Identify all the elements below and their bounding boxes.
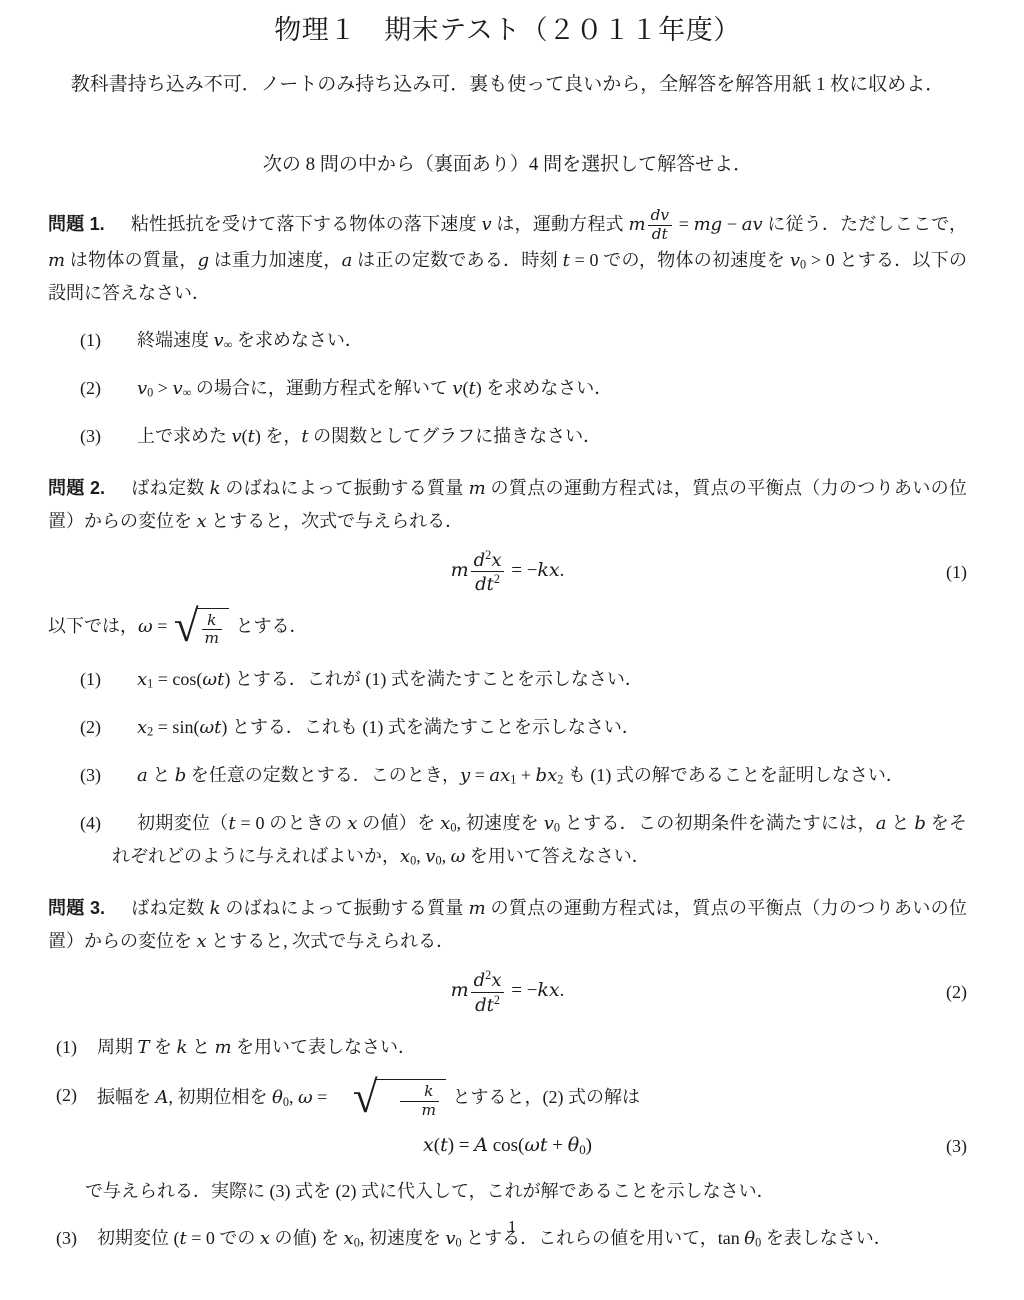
text-run: ) を求めなさい． [476, 378, 613, 398]
math-variable: x [400, 846, 410, 867]
item-text: 上で求めた v(t) を，t の関数としてグラフに描きなさい． [112, 420, 967, 453]
item-number: (2) [80, 372, 101, 404]
math-variable: ω [451, 846, 466, 867]
text-run: = 0 のときの [236, 813, 348, 833]
display-equation-1: md2xdt2 = −kx. (1) [48, 548, 967, 596]
math-variable: T [138, 1037, 150, 1058]
text-run: で与えられる．実際に (3) 式を (2) 式に代入して，これが解であることを示… [85, 1181, 775, 1201]
math-variable: m [469, 898, 486, 919]
text-run: = 0 での，物体の初速度を [570, 250, 790, 270]
text-run: とすると, 次式で与えられる． [207, 931, 455, 951]
math-variable: t [440, 1134, 448, 1156]
math-variable: x [440, 813, 450, 834]
item-number: (3) [80, 420, 101, 452]
item-number: (1) [80, 663, 101, 695]
math-variable: t [563, 250, 570, 271]
text-run: 初期変位（ [137, 813, 228, 833]
page-number: 1 [0, 1212, 1024, 1242]
fraction-numerator: k [400, 1083, 440, 1101]
item-number: (2) [56, 1079, 77, 1111]
radical-icon: √ [334, 1079, 378, 1115]
text-run: とする． [231, 616, 308, 636]
selection-instruction: 次の 8 問の中から（裏面あり）4 問を選択して解答せよ． [48, 148, 967, 182]
math-variable: k [424, 1082, 433, 1100]
math-variable: m [422, 1101, 437, 1119]
math-fraction: km [202, 612, 223, 648]
math-variable: x [137, 669, 147, 690]
text-run: とすると，次式で与えられる． [207, 511, 464, 531]
text-run: と [187, 1037, 214, 1057]
math-variable: dt [475, 994, 494, 1015]
superscript: 2 [494, 572, 500, 586]
text-run: = [674, 214, 694, 234]
problem-2-item-2: (2) x2 = sin(ωt) とする．これも (1) 式を満たすことを示しな… [48, 711, 967, 744]
math-fraction: d2xdt2 [471, 968, 505, 1016]
superscript: 2 [494, 993, 500, 1007]
math-variable: θ [272, 1087, 283, 1108]
text-run: ) とする．これも (1) 式を満たすことを示しなさい． [221, 717, 639, 737]
math-variable: v [452, 378, 462, 399]
text-run: とすると，(2) 式の解は [448, 1087, 640, 1107]
math-variable: m [214, 1037, 231, 1058]
radicand: km [196, 608, 230, 648]
fraction-denominator: dt [648, 225, 672, 244]
math-square-root: √km [334, 1079, 446, 1119]
problem-3-item-2-continuation: で与えられる．実際に (3) 式を (2) 式に代入して，これが解であることを示… [85, 1175, 967, 1207]
text-run: , [416, 846, 425, 866]
text-run: の関数としてグラフに描きなさい． [309, 426, 602, 446]
math-variable: b [914, 813, 926, 834]
text-run: を任意の定数とする．このとき， [186, 765, 460, 785]
item-text: 周期 T を k と m を用いて表しなさい． [78, 1031, 967, 1064]
text-run: . [560, 980, 565, 1001]
math-variable: m [451, 979, 469, 1001]
math-variable: x [347, 813, 357, 834]
text-run: ) [586, 1135, 592, 1156]
math-variable: ωt [199, 717, 221, 738]
fraction-numerator: d2x [471, 548, 505, 572]
math-variable: x [491, 970, 501, 991]
math-variable: m [628, 214, 645, 235]
item-number: (3) [80, 759, 101, 791]
math-variable: a [137, 765, 148, 786]
text-run: > [153, 378, 172, 398]
text-run: 振幅を [97, 1087, 156, 1107]
item-text: 終端速度 v∞ を求めなさい． [112, 324, 967, 357]
text-run: = [153, 616, 172, 636]
text-run: cos( [488, 1135, 524, 1156]
problem-1-intro-text: 粘性抵抗を受けて落下する物体の落下速度 v は，運動方程式 mdvdt = mg… [48, 214, 967, 303]
math-variable: v [544, 813, 554, 834]
text-run: ) を， [255, 426, 302, 446]
text-run: ) とする．これが (1) 式を満たすことを示しなさい． [224, 669, 642, 689]
math-variable: dv [651, 206, 669, 224]
math-variable: v [137, 378, 147, 399]
math-variable: ωt [202, 669, 224, 690]
text-run: = [470, 765, 489, 785]
equation-tag: (1) [946, 556, 967, 588]
text-run: + [548, 1135, 568, 1156]
math-variable: v [172, 378, 182, 399]
math-variable: m [451, 559, 469, 581]
fraction-denominator: dt2 [471, 992, 505, 1017]
text-run: 以下では， [48, 616, 138, 636]
text-run: = cos( [153, 669, 202, 689]
equation-body: md2xdt2 = −kx. [451, 560, 565, 581]
text-run: ばね定数 [131, 898, 210, 918]
item-number: (4) [80, 807, 101, 839]
equation-body: x(t) = A cos(ωt + θ0) [423, 1135, 592, 1156]
text-run: , [442, 846, 451, 866]
text-run: 上で求めた [137, 426, 232, 446]
equation-tag: (3) [946, 1130, 967, 1162]
item-number: (2) [80, 711, 101, 743]
text-run: ) = [448, 1135, 475, 1156]
text-run: を [150, 1037, 177, 1057]
math-variable: m [469, 478, 486, 499]
fraction-numerator: k [202, 612, 223, 630]
math-variable: d [474, 970, 486, 991]
math-variable: k [210, 478, 221, 499]
text-run: と [148, 765, 175, 785]
text-run: + [516, 765, 535, 785]
math-variable: v [790, 250, 800, 271]
item-number: (1) [80, 324, 101, 356]
text-run: は，運動方程式 [492, 214, 629, 234]
math-variable: dt [652, 225, 668, 243]
exam-document-page: 物理１ 期末テスト（２０１１年度） 教科書持ち込み不可．ノートのみ持ち込み可．裏… [0, 0, 1024, 1300]
text-run: のばねによって振動する質量 [221, 478, 469, 498]
fraction-numerator: dv [648, 207, 672, 225]
math-fraction: d2xdt2 [471, 548, 505, 596]
problem-3-section: 問題 3.ばね定数 k のばねによって振動する質量 m の質点の運動方程式は，質… [48, 892, 967, 1255]
math-square-root: √km [174, 608, 229, 648]
math-variable: bx [536, 765, 558, 786]
math-variable: k [207, 611, 216, 629]
math-variable: y [460, 765, 470, 786]
item-number: (1) [56, 1031, 77, 1063]
problem-2-item-4: (4) 初期変位（t = 0 のときの x の値）を x0, 初速度を v0 と… [48, 807, 967, 873]
math-variable: x [137, 717, 147, 738]
text-run: に従う．ただしここで， [763, 214, 967, 234]
text-run: − [722, 214, 742, 234]
math-variable: kx [537, 979, 559, 1001]
math-variable: x [197, 931, 207, 952]
radicand: km [375, 1079, 447, 1119]
text-run: を用いて表しなさい． [232, 1037, 417, 1057]
text-run: ばね定数 [131, 478, 210, 498]
text-run: を求めなさい． [232, 330, 363, 350]
problem-1-item-2: (2) v0 > v∞ の場合に，運動方程式を解いて v(t) を求めなさい． [48, 372, 967, 405]
math-variable: v [425, 846, 435, 867]
math-variable: av [742, 214, 763, 235]
problem-1-item-1: (1) 終端速度 v∞ を求めなさい． [48, 324, 967, 357]
math-variable: θ [568, 1134, 579, 1156]
math-variable: t [228, 813, 235, 834]
text-run: 粘性抵抗を受けて落下する物体の落下速度 [131, 214, 482, 234]
display-equation-3: x(t) = A cos(ωt + θ0) (3) [48, 1129, 967, 1163]
math-variable: g [198, 250, 210, 271]
text-run: を用いて答えなさい． [465, 846, 650, 866]
text-run: . [560, 560, 565, 581]
item-text: 振幅を A, 初期位相を θ0, ω = √km とすると，(2) 式の解は [78, 1079, 967, 1119]
text-run: の値）を [357, 813, 440, 833]
display-equation-2: md2xdt2 = −kx. (2) [48, 968, 967, 1016]
problem-2-item-3: (3) a と b を任意の定数とする．このとき，y = ax1 + bx2 も… [48, 759, 967, 792]
text-run: , 初期位相を [169, 1087, 273, 1107]
math-variable: d [474, 550, 486, 571]
text-run: のばねによって振動する質量 [221, 898, 469, 918]
text-run: とする．この初期条件を満たすには， [560, 813, 876, 833]
math-variable: m [205, 629, 220, 647]
fraction-denominator: dt2 [471, 571, 505, 596]
fraction-denominator: m [202, 629, 223, 648]
math-variable: ωt [524, 1134, 547, 1156]
text-run: = sin( [153, 717, 199, 737]
problem-1-item-3: (3) 上で求めた v(t) を，t の関数としてグラフに描きなさい． [48, 420, 967, 453]
text-run: = [313, 1087, 332, 1107]
text-run: = − [506, 560, 537, 581]
problem-2-section: 問題 2.ばね定数 k のばねによって振動する質量 m の質点の運動方程式は，質… [48, 472, 967, 873]
problem-3-intro: 問題 3.ばね定数 k のばねによって振動する質量 m の質点の運動方程式は，質… [48, 892, 967, 958]
math-variable: k [177, 1037, 188, 1058]
text-run: も (1) 式の解であることを証明しなさい． [563, 765, 904, 785]
text-run: , 初速度を [456, 813, 543, 833]
math-variable: ax [489, 765, 510, 786]
math-variable: x [491, 550, 501, 571]
text-run: は重力加速度， [209, 250, 342, 270]
math-variable: dt [475, 574, 494, 595]
math-variable: x [197, 511, 207, 532]
math-variable: k [210, 898, 221, 919]
item-text: 初期変位（t = 0 のときの x の値）を x0, 初速度を v0 とする．こ… [112, 807, 967, 873]
equation-body: md2xdt2 = −kx. [451, 980, 565, 1001]
problem-1-section: 問題 1.粘性抵抗を受けて落下する物体の落下速度 v は，運動方程式 mdvdt… [48, 207, 967, 452]
math-variable: v [481, 214, 491, 235]
problem-3-label: 問題 3. [48, 898, 105, 918]
text-run: は正の定数である．時刻 [352, 250, 562, 270]
math-variable: ω [298, 1087, 313, 1108]
item-text: x1 = cos(ωt) とする．これが (1) 式を満たすことを示しなさい． [112, 663, 967, 696]
math-variable: a [876, 813, 887, 834]
item-text: a と b を任意の定数とする．このとき，y = ax1 + bx2 も (1)… [112, 759, 967, 792]
problem-1-intro: 問題 1.粘性抵抗を受けて落下する物体の落下速度 v は，運動方程式 mdvdt… [48, 207, 967, 308]
math-variable: x [423, 1134, 434, 1156]
text-run: 周期 [97, 1037, 138, 1057]
item-text: v0 > v∞ の場合に，運動方程式を解いて v(t) を求めなさい． [112, 372, 967, 405]
fraction-numerator: d2x [471, 968, 505, 992]
problem-3-item-1: (1) 周期 T を k と m を用いて表しなさい． [48, 1031, 967, 1064]
text-run: は物体の質量， [65, 250, 198, 270]
exam-rules: 教科書持ち込み不可．ノートのみ持ち込み可．裏も使って良いから，全解答を解答用紙 … [48, 68, 967, 102]
problem-3-item-2: (2) 振幅を A, 初期位相を θ0, ω = √km とすると，(2) 式の… [48, 1079, 967, 1119]
math-variable: m [48, 250, 65, 271]
math-variable: v [232, 426, 242, 447]
problem-2-label: 問題 2. [48, 478, 105, 498]
exam-title: 物理１ 期末テスト（２０１１年度） [48, 14, 967, 48]
text-run: 終端速度 [137, 330, 214, 350]
math-variable: b [175, 765, 187, 786]
fraction-denominator: m [400, 1101, 440, 1120]
math-variable: a [342, 250, 353, 271]
problem-1-label: 問題 1. [48, 214, 105, 234]
math-variable: ω [138, 616, 153, 637]
math-fraction: km [400, 1083, 440, 1119]
problem-2-item-1: (1) x1 = cos(ωt) とする．これが (1) 式を満たすことを示しな… [48, 663, 967, 696]
math-variable: A [474, 1134, 488, 1156]
math-variable: t [469, 378, 476, 399]
math-variable: kx [537, 559, 559, 581]
math-variable: t [301, 426, 308, 447]
problem-3-intro-text: ばね定数 k のばねによって振動する質量 m の質点の運動方程式は，質点の平衡点… [48, 898, 967, 951]
radical-icon: √ [174, 608, 199, 644]
math-fraction: dvdt [648, 207, 672, 243]
problem-2-omega-definition: 以下では，ω = √km とする． [48, 608, 967, 648]
item-text: x2 = sin(ωt) とする．これも (1) 式を満たすことを示しなさい． [112, 711, 967, 744]
equation-tag: (2) [946, 976, 967, 1008]
text-run: , [289, 1087, 298, 1107]
math-variable: v [214, 330, 224, 351]
text-run: = − [506, 980, 537, 1001]
text-run: の場合に，運動方程式を解いて [191, 378, 452, 398]
math-variable: mg [694, 214, 723, 235]
problem-2-intro-text: ばね定数 k のばねによって振動する質量 m の質点の運動方程式は，質点の平衡点… [48, 478, 967, 531]
problem-2-intro: 問題 2.ばね定数 k のばねによって振動する質量 m の質点の運動方程式は，質… [48, 472, 967, 538]
text-run: と [887, 813, 915, 833]
math-variable: t [248, 426, 255, 447]
math-variable: A [156, 1087, 169, 1108]
